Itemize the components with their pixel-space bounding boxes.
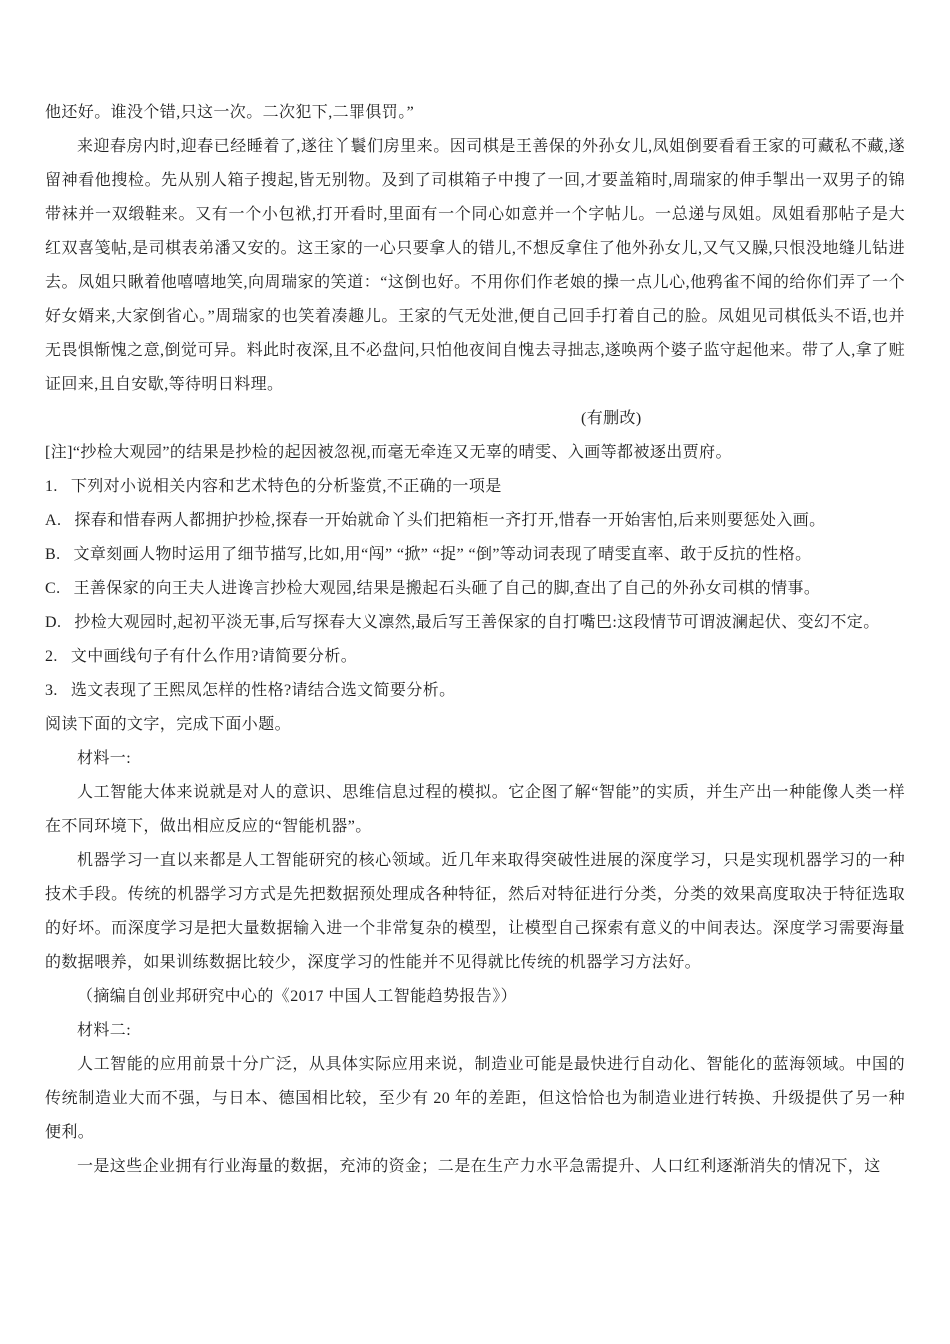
question-2: 2.文中画线句子有什么作用?请简要分析。 (45, 640, 905, 674)
passage-main-paragraph: 来迎春房内时,迎春已经睡着了,遂往丫鬟们房里来。因司棋是王善保的外孙女儿,凤姐倒… (45, 130, 905, 402)
option-c-text: 王善保家的向王夫人进谗言抄检大观园,结果是搬起石头砸了自己的脚,查出了自己的外孙… (73, 580, 820, 597)
option-d-text: 抄检大观园时,起初平淡无事,后写探春大义凛然,最后写王善保家的自打嘴巴:这段情节… (74, 614, 879, 631)
document-page: 他还好。谁没个错,只这一次。二次犯下,二罪俱罚。” 来迎春房内时,迎春已经睡着了… (0, 0, 950, 1344)
novel-questions: 1.下列对小说相关内容和艺术特色的分析鉴赏,不正确的一项是 A.探春和惜春两人都… (45, 470, 905, 708)
question-2-number: 2. (45, 640, 58, 674)
material-2-paragraph-1: 人工智能的应用前景十分广泛，从具体实际应用来说，制造业可能是最快进行自动化、智能… (45, 1048, 905, 1150)
material-2-label: 材料二: (45, 1014, 905, 1048)
question-1-text: 下列对小说相关内容和艺术特色的分析鉴赏,不正确的一项是 (71, 478, 502, 495)
question-1: 1.下列对小说相关内容和艺术特色的分析鉴赏,不正确的一项是 (45, 470, 905, 504)
option-b-text: 文章刻画人物时运用了细节描写,比如,用“闯” “掀” “捉” “倒”等动词表现了… (73, 546, 811, 563)
option-d-letter: D. (45, 606, 61, 640)
passage-continuation-line: 他还好。谁没个错,只这一次。二次犯下,二罪俱罚。” (45, 96, 905, 130)
material-1-source: （摘编自创业邦研究中心的《2017 中国人工智能趋势报告》） (45, 980, 905, 1014)
material-1-paragraph-1: 人工智能大体来说就是对人的意识、思维信息过程的模拟。它企图了解“智能”的实质，并… (45, 776, 905, 844)
passage-footnote: [注]“抄检大观园”的结果是抄检的起因被忽视,而毫无牵连又无辜的晴雯、入画等都被… (45, 436, 905, 470)
option-a-text: 探春和惜春两人都拥护抄检,探春一开始就命丫头们把箱柜一齐打开,惜春一开始害怕,后… (74, 512, 825, 529)
option-b-letter: B. (45, 538, 60, 572)
option-a: A.探春和惜春两人都拥护抄检,探春一开始就命丫头们把箱柜一齐打开,惜春一开始害怕… (45, 504, 905, 538)
question-3-text: 选文表现了王熙凤怎样的性格?请结合选文简要分析。 (71, 682, 456, 699)
question-2-text: 文中画线句子有什么作用?请简要分析。 (71, 648, 357, 665)
option-c-letter: C. (45, 572, 60, 606)
option-b: B.文章刻画人物时运用了细节描写,比如,用“闯” “掀” “捉” “倒”等动词表… (45, 538, 905, 572)
option-d: D.抄检大观园时,起初平淡无事,后写探春大义凛然,最后写王善保家的自打嘴巴:这段… (45, 606, 905, 640)
novel-passage: 他还好。谁没个错,只这一次。二次犯下,二罪俱罚。” 来迎春房内时,迎春已经睡着了… (45, 96, 905, 470)
material-2-paragraph-2: 一是这些企业拥有行业海量的数据，充沛的资金；二是在生产力水平急需提升、人口红利逐… (45, 1150, 905, 1184)
option-a-letter: A. (45, 504, 61, 538)
question-3: 3.选文表现了王熙凤怎样的性格?请结合选文简要分析。 (45, 674, 905, 708)
reading-instruction: 阅读下面的文字，完成下面小题。 (45, 708, 905, 742)
question-3-number: 3. (45, 674, 58, 708)
reading-section: 阅读下面的文字，完成下面小题。 材料一: 人工智能大体来说就是对人的意识、思维信… (45, 708, 905, 1184)
material-1-paragraph-2: 机器学习一直以来都是人工智能研究的核心领域。近几年来取得突破性进展的深度学习，只… (45, 844, 905, 980)
passage-attribution: (有删改) (45, 402, 905, 436)
option-c: C.王善保家的向王夫人进谗言抄检大观园,结果是搬起石头砸了自己的脚,查出了自己的… (45, 572, 905, 606)
material-1-label: 材料一: (45, 742, 905, 776)
question-1-number: 1. (45, 470, 58, 504)
